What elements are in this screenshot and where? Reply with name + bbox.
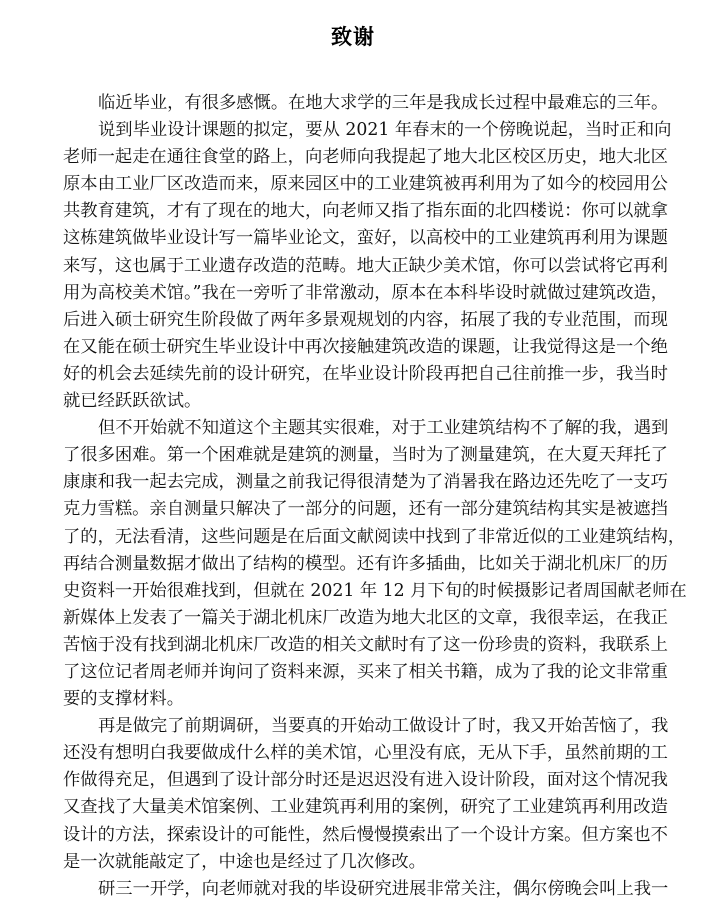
paragraph-3-line-1: 但不开始就不知道这个主题其实很难，对于工业建筑结构不了解的我，遇到	[63, 415, 625, 442]
paragraph-3-line-11: 要的支撑材料。	[63, 686, 625, 713]
document-page: 致谢 临近毕业，有很多感慨。在地大求学的三年是我成长过程中最难忘的三年。 说到毕…	[0, 0, 706, 917]
paragraph-4-line-2: 还没有想明白我要做成什么样的美术馆，心里没有底，无从下手，虽然前期的工	[63, 740, 625, 767]
paragraph-2-line-2: 老师一起走在通往食堂的路上，向老师向我提起了地大北区校区历史，地大北区	[63, 144, 625, 171]
paragraph-1-line-1: 临近毕业，有很多感慨。在地大求学的三年是我成长过程中最难忘的三年。	[63, 90, 625, 117]
page-title: 致谢	[0, 22, 706, 52]
paragraph-2-line-10: 好的机会去延续先前的设计研究，在毕业设计阶段再把自己往前推一步，我当时	[63, 361, 625, 388]
paragraph-3-line-4: 克力雪糕。亲自测量只解决了一部分的问题，还有一部分建筑结构其实是被遮挡	[63, 496, 625, 523]
paragraph-3-line-8: 新媒体上发表了一篇关于湖北机床厂改造为地大北区的文章，我很幸运，在我正	[63, 605, 625, 632]
paragraph-2-line-4: 共教育建筑，才有了现在的地大，向老师又指了指东面的北四楼说：你可以就拿	[63, 198, 625, 225]
paragraph-3-line-7: 史资料一开始很难找到，但就在 2021 年 12 月下旬的时候摄影记者周国献老师…	[63, 578, 625, 605]
paragraph-4-line-5: 设计的方法，探索设计的可能性，然后慢慢摸索出了一个设计方案。但方案也不	[63, 822, 625, 849]
paragraph-3-line-5: 了的，无法看清，这些问题是在后面文献阅读中找到了非常近似的工业建筑结构，	[63, 524, 625, 551]
acknowledgement-body: 临近毕业，有很多感慨。在地大求学的三年是我成长过程中最难忘的三年。 说到毕业设计…	[63, 90, 625, 903]
paragraph-3-line-9: 苦恼于没有找到湖北机床厂改造的相关文献时有了这一份珍贵的资料，我联系上	[63, 632, 625, 659]
paragraph-3-line-3: 康康和我一起去完成，测量之前我记得很清楚为了消暑我在路边还先吃了一支巧	[63, 469, 625, 496]
paragraph-4-line-4: 又查找了大量美术馆案例、工业建筑再利用的案例，研究了工业建筑再利用改造	[63, 794, 625, 821]
paragraph-2-line-8: 后进入硕士研究生阶段做了两年多景观规划的内容，拓展了我的专业范围，而现	[63, 307, 625, 334]
paragraph-3-line-2: 了很多困难。第一个困难就是建筑的测量，当时为了测量建筑，在大夏天拜托了	[63, 442, 625, 469]
paragraph-2-line-11: 就已经跃跃欲试。	[63, 388, 625, 415]
paragraph-4-line-1: 再是做完了前期调研，当要真的开始动工做设计了时，我又开始苦恼了，我	[63, 713, 625, 740]
paragraph-2-line-3: 原本由工业厂区改造而来，原来园区中的工业建筑被再利用为了如今的校园用公	[63, 171, 625, 198]
paragraph-2-line-5: 这栋建筑做毕业设计写一篇毕业论文，蛮好，以高校中的工业建筑再利用为课题	[63, 225, 625, 252]
paragraph-2-line-1: 说到毕业设计课题的拟定，要从 2021 年春末的一个傍晚说起，当时正和向	[63, 117, 625, 144]
paragraph-2-line-7: 用为高校美术馆。”我在一旁听了非常激动，原本在本科毕设时就做过建筑改造，	[63, 280, 625, 307]
paragraph-2-line-6: 来写，这也属于工业遗存改造的范畴。地大正缺少美术馆，你可以尝试将它再利	[63, 253, 625, 280]
paragraph-4-line-3: 作做得充足，但遇到了设计部分时还是迟迟没有进入设计阶段，面对这个情况我	[63, 767, 625, 794]
paragraph-2-line-9: 在又能在硕士研究生毕业设计中再次接触建筑改造的课题，让我觉得这是一个绝	[63, 334, 625, 361]
paragraph-3-line-10: 了这位记者周老师并询问了资料来源，买来了相关书籍，成为了我的论文非常重	[63, 659, 625, 686]
paragraph-3-line-6: 再结合测量数据才做出了结构的模型。还有许多插曲，比如关于湖北机床厂的历	[63, 551, 625, 578]
paragraph-5-line-1: 研三一开学，向老师就对我的毕设研究进展非常关注，偶尔傍晚会叫上我一	[63, 876, 625, 903]
paragraph-4-line-6: 是一次就能敲定了，中途也是经过了几次修改。	[63, 849, 625, 876]
